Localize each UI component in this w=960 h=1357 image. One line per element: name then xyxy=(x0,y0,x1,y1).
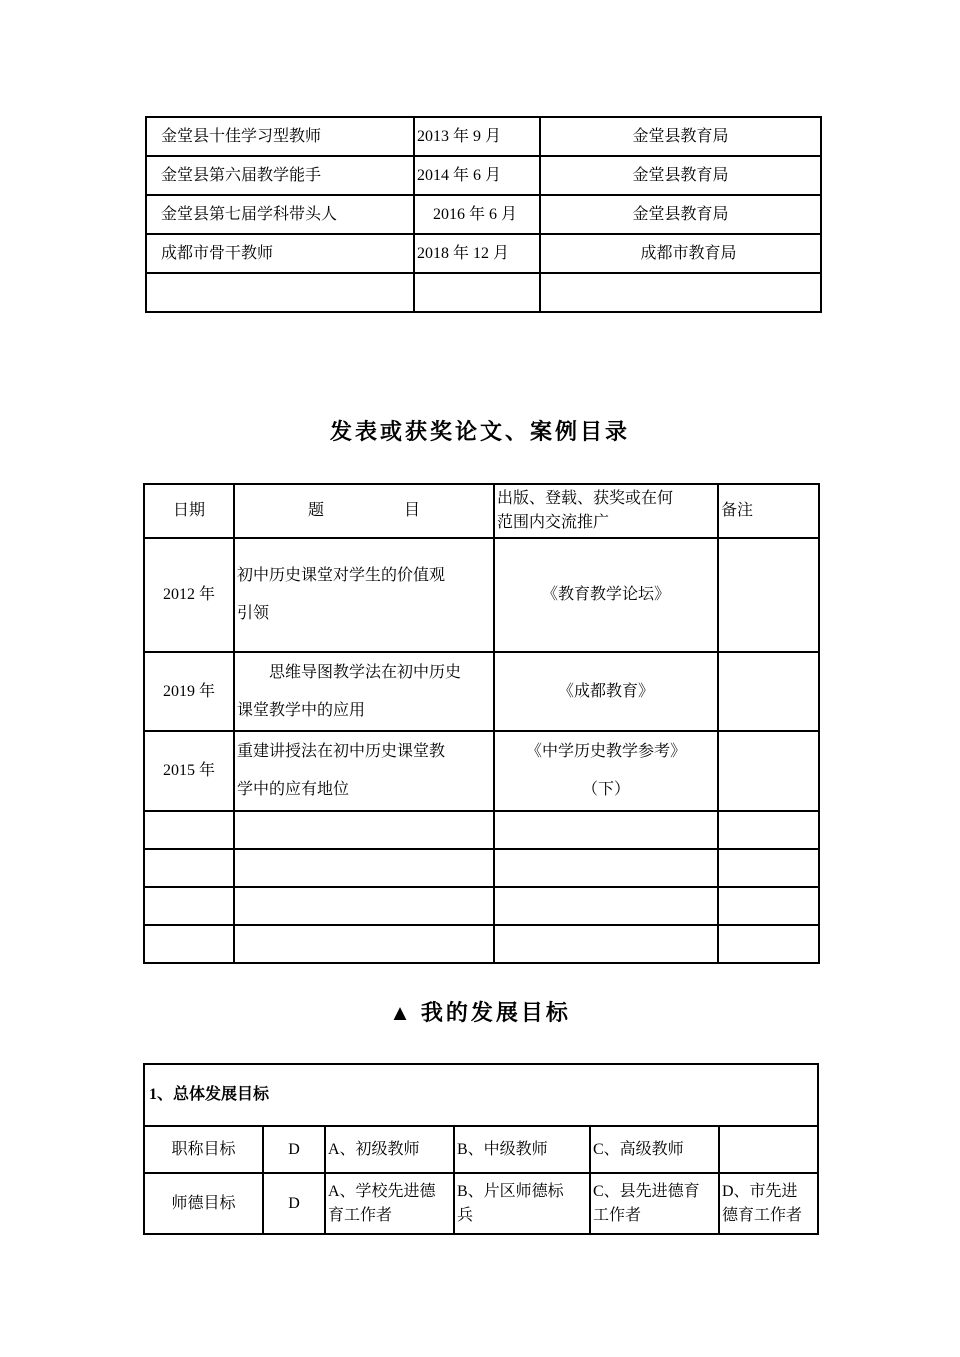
goal-option-b-cell: B、片区师德标 兵 xyxy=(454,1173,590,1234)
award-title-cell: 金堂县第六届教学能手 xyxy=(146,156,414,195)
table-row xyxy=(144,925,819,963)
award-issuer-cell: 金堂县教育局 xyxy=(540,117,821,156)
award-title-cell xyxy=(146,273,414,312)
paper-date-cell xyxy=(144,925,234,963)
table-row: 成都市骨干教师 2018 年 12 月 成都市教育局 xyxy=(146,234,821,273)
goal-option-c-cell: C、县先进德育 工作者 xyxy=(590,1173,719,1234)
award-date-cell: 2016 年 6 月 xyxy=(414,195,540,234)
paper-publication-cell xyxy=(494,849,718,887)
paper-note-cell xyxy=(718,811,819,849)
awards-table: 金堂县十佳学习型教师 2013 年 9 月 金堂县教育局 金堂县第六届教学能手 … xyxy=(145,116,822,313)
table-row xyxy=(146,273,821,312)
paper-note-cell xyxy=(718,925,819,963)
paper-note-cell xyxy=(718,731,819,811)
paper-title-cell: 思维导图教学法在初中历史 课堂教学中的应用 xyxy=(234,652,494,731)
goals-section-header-cell: 1、总体发展目标 xyxy=(144,1064,818,1126)
table-row: 金堂县第六届教学能手 2014 年 6 月 金堂县教育局 xyxy=(146,156,821,195)
goal-option-a-cell: A、学校先进德 育工作者 xyxy=(325,1173,454,1234)
goals-table: 1、总体发展目标 职称目标 D A、初级教师 B、中级教师 C、高级教师 师德目… xyxy=(143,1063,819,1235)
paper-note-cell xyxy=(718,538,819,652)
paper-publication-cell: 《中学历史教学参考》 （下） xyxy=(494,731,718,811)
paper-title-cell xyxy=(234,849,494,887)
table-row xyxy=(144,849,819,887)
paper-publication-cell: 《成都教育》 xyxy=(494,652,718,731)
paper-title-cell xyxy=(234,811,494,849)
table-row: 2012 年 初中历史课堂对学生的价值观 引领 《教育教学论坛》 xyxy=(144,538,819,652)
table-section-header-row: 1、总体发展目标 xyxy=(144,1064,818,1126)
paper-date-cell: 2012 年 xyxy=(144,538,234,652)
header-note-cell: 备注 xyxy=(718,484,819,538)
goal-option-d-cell: D、市先进 德育工作者 xyxy=(719,1173,818,1234)
paper-title-cell xyxy=(234,925,494,963)
goal-option-d-cell xyxy=(719,1126,818,1173)
award-date-cell: 2018 年 12 月 xyxy=(414,234,540,273)
goal-label-cell: 师德目标 xyxy=(144,1173,263,1234)
award-title-cell: 金堂县十佳学习型教师 xyxy=(146,117,414,156)
award-title-cell: 成都市骨干教师 xyxy=(146,234,414,273)
paper-publication-cell: 《教育教学论坛》 xyxy=(494,538,718,652)
award-issuer-cell: 金堂县教育局 xyxy=(540,156,821,195)
paper-title-cell: 初中历史课堂对学生的价值观 引领 xyxy=(234,538,494,652)
goals-title-text: 我的发展目标 xyxy=(421,1000,571,1025)
award-issuer-cell: 金堂县教育局 xyxy=(540,195,821,234)
goals-section-title: ▲我的发展目标 xyxy=(0,998,960,1028)
table-row: 金堂县十佳学习型教师 2013 年 9 月 金堂县教育局 xyxy=(146,117,821,156)
paper-note-cell xyxy=(718,849,819,887)
header-date-cell: 日期 xyxy=(144,484,234,538)
award-title-cell: 金堂县第七届学科带头人 xyxy=(146,195,414,234)
document-page: 金堂县十佳学习型教师 2013 年 9 月 金堂县教育局 金堂县第六届教学能手 … xyxy=(0,0,960,1357)
table-row xyxy=(144,887,819,925)
award-issuer-cell xyxy=(540,273,821,312)
paper-title-cell: 重建讲授法在初中历史课堂教 学中的应有地位 xyxy=(234,731,494,811)
table-row: 2019 年 思维导图教学法在初中历史 课堂教学中的应用 《成都教育》 xyxy=(144,652,819,731)
goal-selected-cell: D xyxy=(263,1126,325,1173)
triangle-icon: ▲ xyxy=(389,998,411,1028)
goal-selected-cell: D xyxy=(263,1173,325,1234)
table-row: 师德目标 D A、学校先进德 育工作者 B、片区师德标 兵 C、县先进德育 工作… xyxy=(144,1173,818,1234)
paper-date-cell: 2015 年 xyxy=(144,731,234,811)
goal-label-cell: 职称目标 xyxy=(144,1126,263,1173)
paper-date-cell xyxy=(144,887,234,925)
paper-note-cell xyxy=(718,887,819,925)
goal-option-a-cell: A、初级教师 xyxy=(325,1126,454,1173)
goal-option-c-cell: C、高级教师 xyxy=(590,1126,719,1173)
paper-date-cell xyxy=(144,811,234,849)
table-row xyxy=(144,811,819,849)
papers-table: 日期 题 目 出版、登载、获奖或在何 范围内交流推广 备注 2012 年 初中历… xyxy=(143,483,820,964)
goal-option-b-cell: B、中级教师 xyxy=(454,1126,590,1173)
paper-publication-cell xyxy=(494,925,718,963)
paper-title-cell xyxy=(234,887,494,925)
paper-date-cell: 2019 年 xyxy=(144,652,234,731)
paper-note-cell xyxy=(718,652,819,731)
award-date-cell: 2013 年 9 月 xyxy=(414,117,540,156)
table-row: 2015 年 重建讲授法在初中历史课堂教 学中的应有地位 《中学历史教学参考》 … xyxy=(144,731,819,811)
table-header-row: 日期 题 目 出版、登载、获奖或在何 范围内交流推广 备注 xyxy=(144,484,819,538)
table-row: 职称目标 D A、初级教师 B、中级教师 C、高级教师 xyxy=(144,1126,818,1173)
paper-publication-cell xyxy=(494,887,718,925)
header-title-cell: 题 目 xyxy=(234,484,494,538)
award-issuer-cell: 成都市教育局 xyxy=(540,234,821,273)
award-date-cell: 2014 年 6 月 xyxy=(414,156,540,195)
paper-date-cell xyxy=(144,849,234,887)
award-date-cell xyxy=(414,273,540,312)
table-row: 金堂县第七届学科带头人 2016 年 6 月 金堂县教育局 xyxy=(146,195,821,234)
papers-section-title: 发表或获奖论文、案例目录 xyxy=(0,417,960,447)
paper-publication-cell xyxy=(494,811,718,849)
header-publication-cell: 出版、登载、获奖或在何 范围内交流推广 xyxy=(494,484,718,538)
